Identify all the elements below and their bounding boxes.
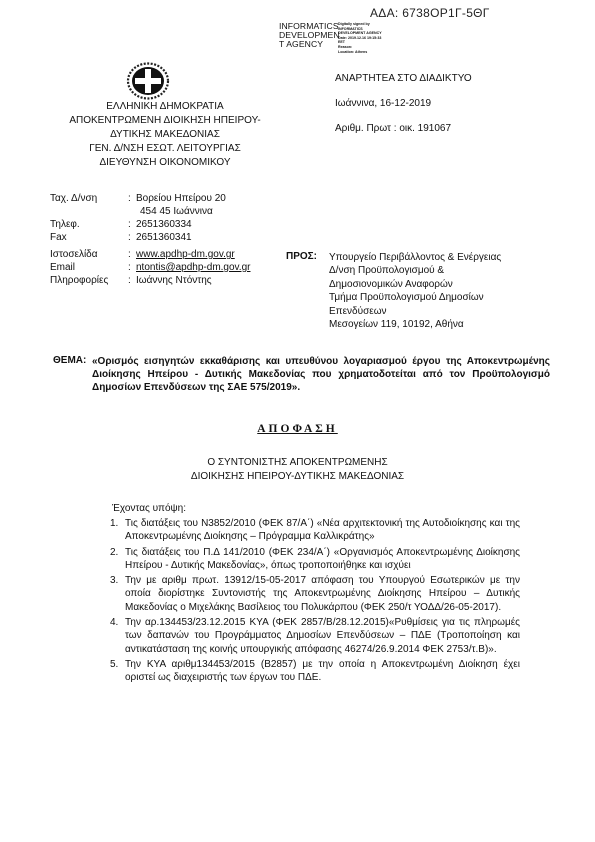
subject-label: ΘΕΜΑ: [53, 355, 86, 367]
phone-value: 2651360334 [136, 218, 192, 231]
protocol-number: Αριθμ. Πρωτ : οικ. 191067 [335, 122, 472, 136]
fax-label: Fax [50, 231, 128, 244]
ada-code: ΑΔΑ: 6738ΟΡ1Γ-5ΘΓ [370, 6, 490, 20]
item-text: Την αρ.134453/23.12.2015 ΚΥΑ (ΦΕΚ 2857/Β… [125, 616, 520, 656]
separator: : [128, 248, 136, 261]
address-line1: Βορείου Ηπείρου 20 [136, 192, 226, 205]
info-value: Ιωάννης Ντόντης [136, 274, 212, 287]
spacer [128, 205, 136, 218]
issuer-line: ΑΠΟΚΕΝΤΡΩΜΕΝΗ ΔΙΟΙΚΗΣΗ ΗΠΕΙΡΟΥ- [40, 114, 290, 128]
item-text: Τις διατάξεις του Ν3852/2010 (ΦΕΚ 87/Α΄)… [125, 517, 520, 544]
stamp-line: Location: Athens [338, 50, 382, 55]
issuer-line: ΓΕΝ. Δ/ΝΣΗ ΕΣΩΤ. ΛΕΙΤΟΥΡΓΙΑΣ [40, 142, 290, 156]
address-label: Ταχ. Δ/νση [50, 192, 128, 205]
email-row: Email : ntontis@apdhp-dm.gov.gr [50, 261, 250, 274]
issuer-block: ΕΛΛΗΝΙΚΗ ΔΗΜΟΚΡΑΤΙΑ ΑΠΟΚΕΝΤΡΩΜΕΝΗ ΔΙΟΙΚΗ… [40, 100, 290, 170]
website-label: Ιστοσελίδα [50, 248, 128, 261]
website-row: Ιστοσελίδα : www.apdhp-dm.gov.gr [50, 248, 250, 261]
address-row: Ταχ. Δ/νση : Βορείου Ηπείρου 20 [50, 192, 250, 205]
recipient-line: Υπουργείο Περιβάλλοντος & Ενέργειας [329, 251, 501, 264]
agency-name: INFORMATICS DEVELOPMEN T AGENCY [279, 22, 340, 49]
list-item: 4. Την αρ.134453/23.12.2015 ΚΥΑ (ΦΕΚ 285… [110, 616, 520, 656]
phone-row: Τηλεφ. : 2651360334 [50, 218, 250, 231]
recipient-label: ΠΡΟΣ: [286, 251, 317, 263]
considerations-list: 1. Τις διατάξεις του Ν3852/2010 (ΦΕΚ 87/… [110, 517, 520, 687]
address-line2: 454 45 Ιωάννινα [136, 205, 213, 218]
phone-label: Τηλεφ. [50, 218, 128, 231]
item-text: Την ΚΥΑ αριθμ134453/2015 (Β2857) με την … [125, 658, 520, 685]
separator: : [128, 274, 136, 287]
posting-notice: ΑΝΑΡΤΗΤΕΑ ΣΤΟ ΔΙΑΔΙΚΤΥΟ [335, 72, 472, 86]
issuer-line: ΔΥΤΙΚΗΣ ΜΑΚΕΔΟΝΙΑΣ [40, 128, 290, 142]
separator: : [128, 231, 136, 244]
subject-text: «Ορισμός εισηγητών εκκαθάρισης και υπευθ… [92, 355, 550, 395]
recipient-line: Επενδύσεων [329, 305, 501, 318]
list-item: 2. Τις διατάξεις του Π.Δ 141/2010 (ΦΕΚ 2… [110, 546, 520, 573]
recipient-line: Μεσογείων 119, 10192, Αθήνα [329, 318, 501, 331]
fax-value: 2651360341 [136, 231, 192, 244]
posting-info: ΑΝΑΡΤΗΤΕΑ ΣΤΟ ΔΙΑΔΙΚΤΥΟ Ιωάννινα, 16-12-… [335, 72, 472, 147]
authority-line: Ο ΣΥΝΤΟΝΙΣΤΗΣ ΑΠΟΚΕΝΤΡΩΜΕΝΗΣ [0, 456, 595, 470]
separator: : [128, 261, 136, 274]
contact-block: Ταχ. Δ/νση : Βορείου Ηπείρου 20 454 45 Ι… [50, 192, 250, 287]
item-text: Τις διατάξεις του Π.Δ 141/2010 (ΦΕΚ 234/… [125, 546, 520, 573]
recipient-line: Δημοσιονομικών Αναφορών [329, 278, 501, 291]
recipient-line: Δ/νση Προϋπολογισμού & [329, 264, 501, 277]
spacer [50, 205, 128, 218]
separator: : [128, 218, 136, 231]
item-text: Την με αριθμ πρωτ. 13912/15-05-2017 απόφ… [125, 574, 520, 614]
separator: : [128, 192, 136, 205]
recipient-line: Τμήμα Προϋπολογισμού Δημοσίων [329, 291, 501, 304]
agency-line: T AGENCY [279, 40, 340, 49]
recipient-block: Υπουργείο Περιβάλλοντος & Ενέργειας Δ/νσ… [329, 251, 501, 331]
item-number: 2. [110, 546, 125, 573]
item-number: 3. [110, 574, 125, 614]
item-number: 5. [110, 658, 125, 685]
issuer-line: ΕΛΛΗΝΙΚΗ ΔΗΜΟΚΡΑΤΙΑ [40, 100, 290, 114]
email-link[interactable]: ntontis@apdhp-dm.gov.gr [136, 262, 250, 273]
greek-coat-of-arms-icon [126, 62, 170, 100]
info-label: Πληροφορίες [50, 274, 128, 287]
digital-signature-stamp: Digitally signed by INFORMATICS DEVELOPM… [338, 22, 382, 54]
having-considered: Έχοντας υπόψη: [112, 503, 186, 515]
website-link[interactable]: www.apdhp-dm.gov.gr [136, 249, 235, 260]
list-item: 5. Την ΚΥΑ αριθμ134453/2015 (Β2857) με τ… [110, 658, 520, 685]
address-row-2: 454 45 Ιωάννινα [50, 205, 250, 218]
authority-block: Ο ΣΥΝΤΟΝΙΣΤΗΣ ΑΠΟΚΕΝΤΡΩΜΕΝΗΣ ΔΙΟΙΚΗΣΗΣ Η… [0, 456, 595, 484]
email-label: Email [50, 261, 128, 274]
item-number: 4. [110, 616, 125, 656]
list-item: 1. Τις διατάξεις του Ν3852/2010 (ΦΕΚ 87/… [110, 517, 520, 544]
decision-title: ΑΠΟΦΑΣΗ [0, 423, 595, 437]
authority-line: ΔΙΟΙΚΗΣΗΣ ΗΠΕΙΡΟΥ-ΔΥΤΙΚΗΣ ΜΑΚΕΔΟΝΙΑΣ [0, 470, 595, 484]
item-number: 1. [110, 517, 125, 544]
fax-row: Fax : 2651360341 [50, 231, 250, 244]
info-row: Πληροφορίες : Ιωάννης Ντόντης [50, 274, 250, 287]
list-item: 3. Την με αριθμ πρωτ. 13912/15-05-2017 α… [110, 574, 520, 614]
place-date: Ιωάννινα, 16-12-2019 [335, 97, 472, 111]
issuer-line: ΔΙΕΥΘΥΝΣΗ ΟΙΚΟΝΟΜΙΚΟΥ [40, 156, 290, 170]
